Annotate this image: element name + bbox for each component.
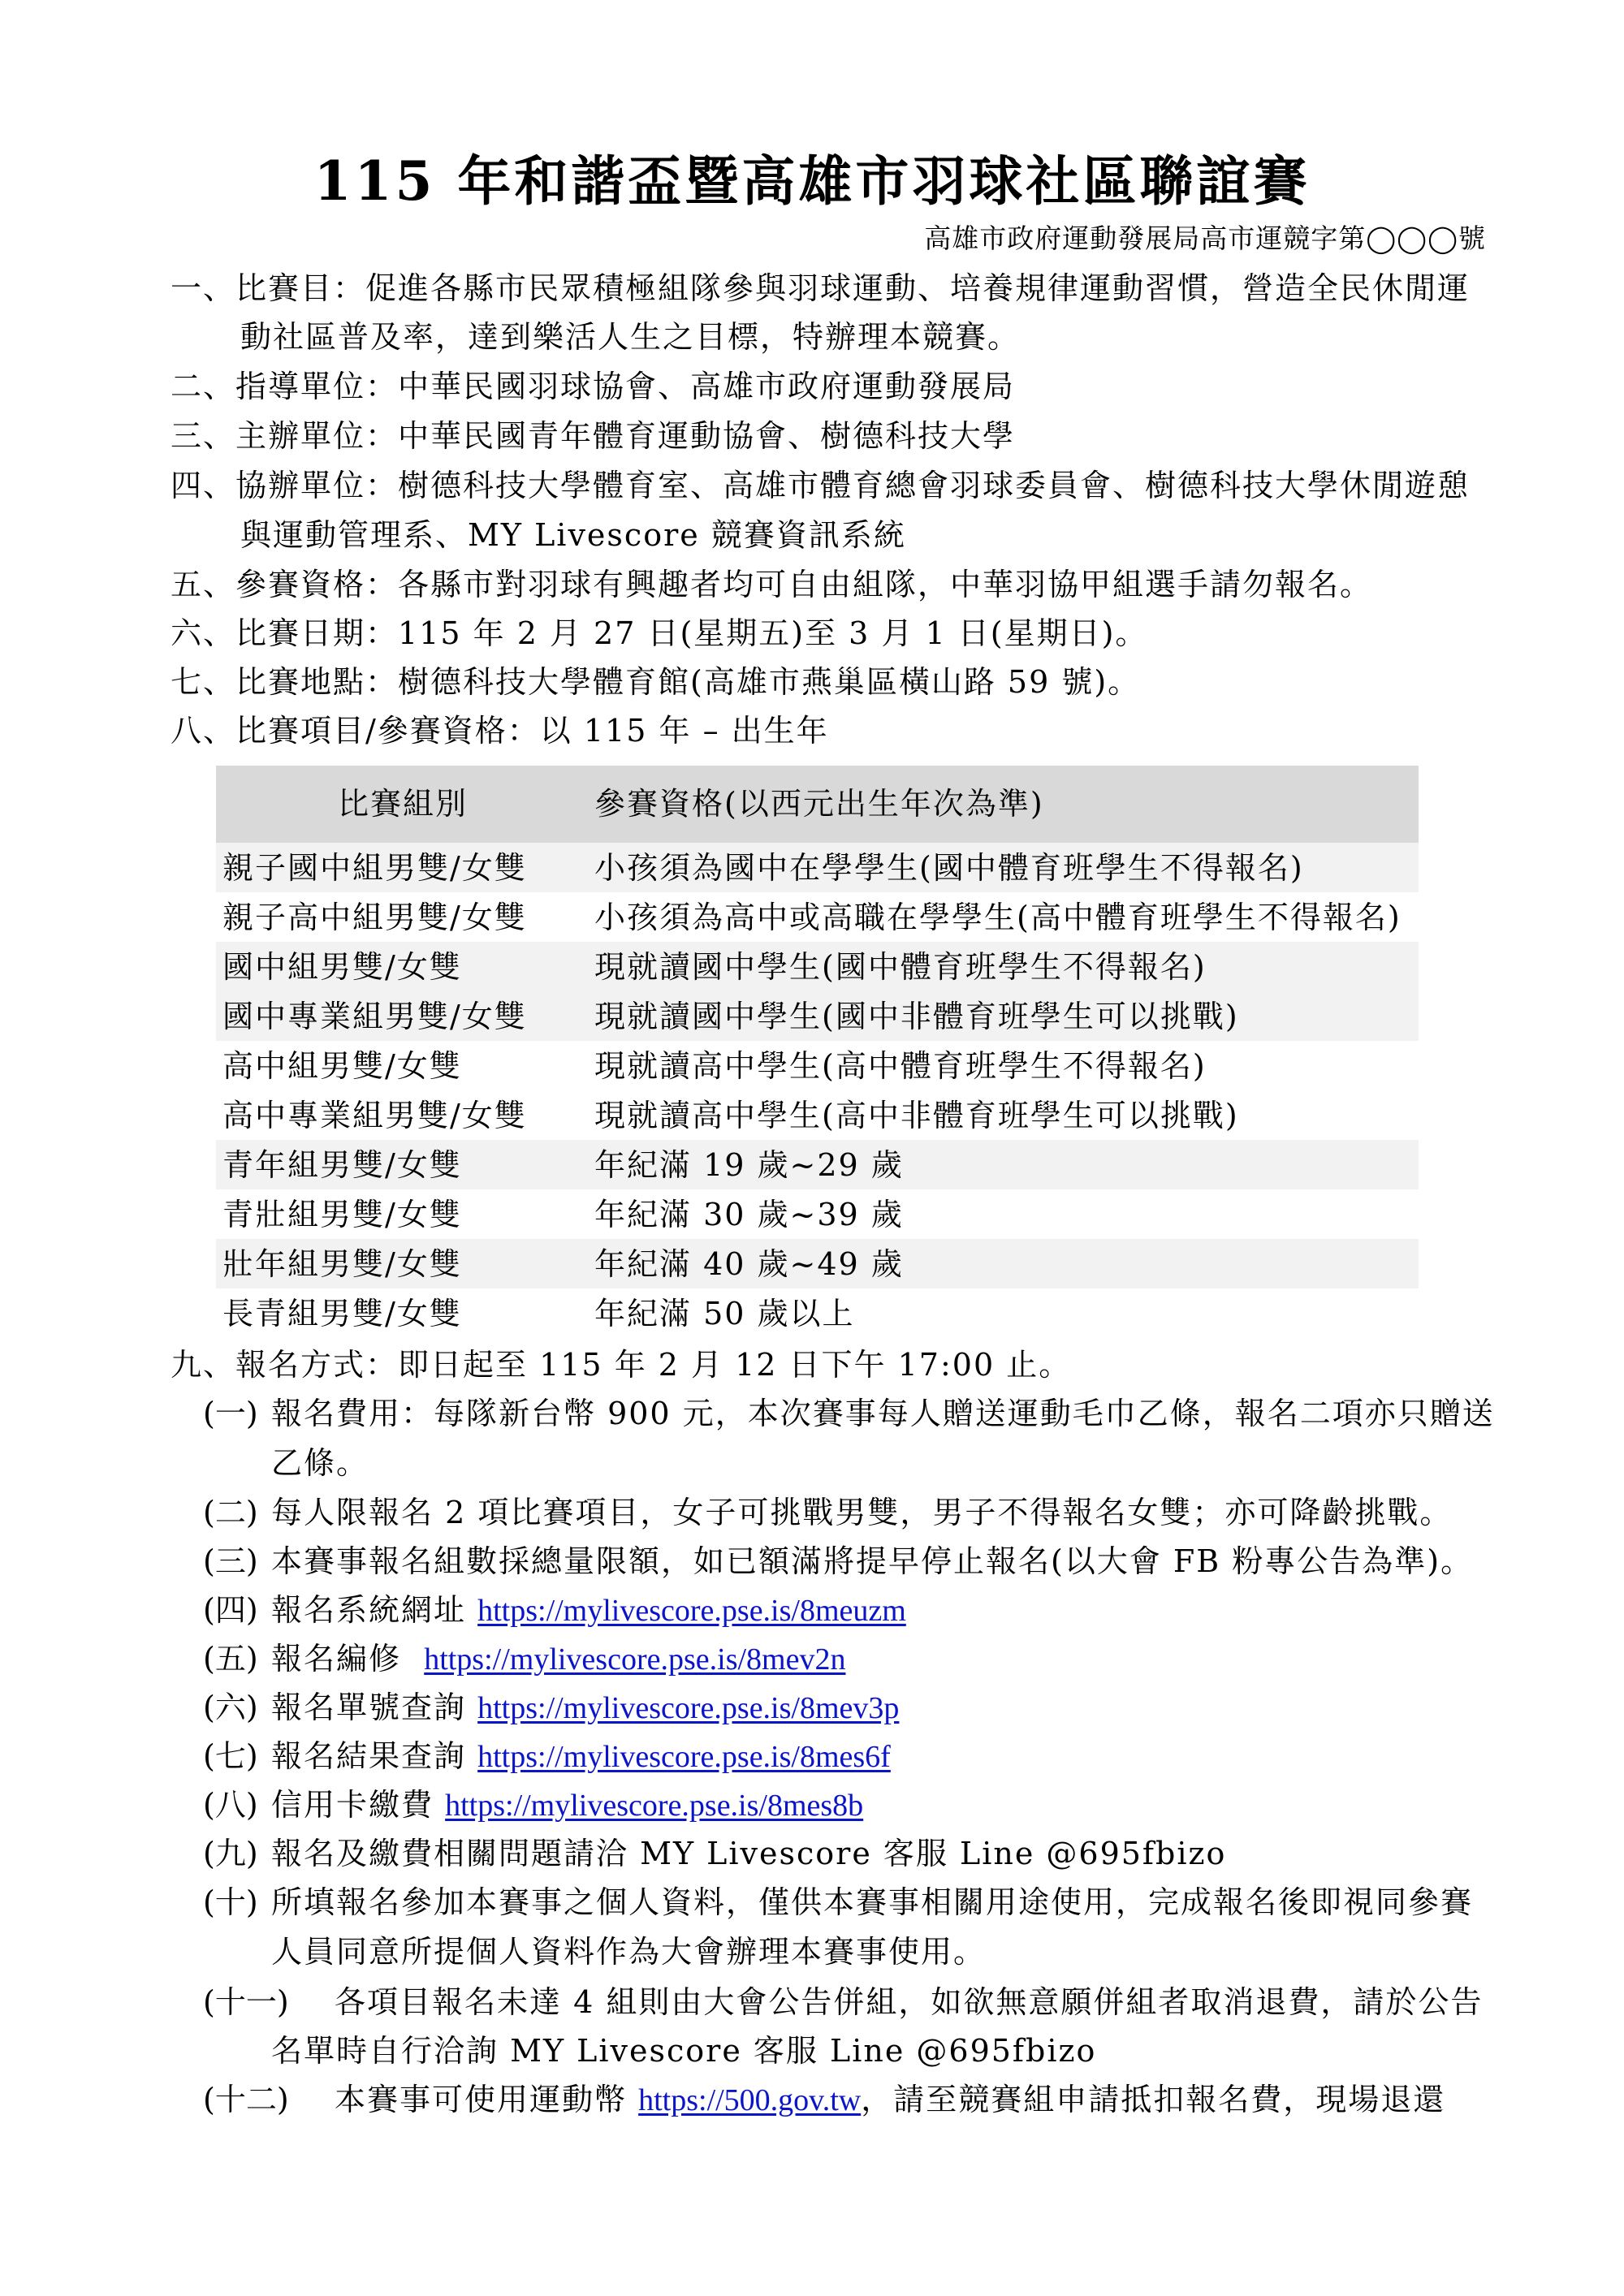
reg-item-8-text: 信用卡繳費 bbox=[271, 1787, 434, 1823]
reg-item-5-label: (五) bbox=[203, 1640, 258, 1677]
section-advisor: 二、指導單位：中華民國羽球協會、高雄市政府運動發展局 bbox=[171, 368, 1015, 405]
reg-item-6: 報名單號查詢 https://mylivescore.pse.is/8mev3p bbox=[271, 1689, 899, 1727]
header-group: 比賽組別 bbox=[338, 785, 468, 822]
reg-item-3-label: (三) bbox=[203, 1543, 258, 1580]
reg-item-4: 報名系統網址 https://mylivescore.pse.is/8meuzm bbox=[271, 1591, 906, 1629]
events-table: 比賽組別 參賽資格(以西元出生年次為準) 親子國中組男雙/女雙 小孩須為國中在學… bbox=[216, 766, 1419, 1338]
section-venue: 七、比賽地點：樹德科技大學體育館(高雄市燕巢區橫山路 59 號)。 bbox=[171, 663, 1140, 701]
document-number: 高雄市政府運動發展局高市運競字第◯◯◯號 bbox=[924, 218, 1486, 256]
reg-item-9-label: (九) bbox=[203, 1835, 258, 1872]
section-organizer: 三、主辦單位：中華民國青年體育運動協會、樹德科技大學 bbox=[171, 417, 1015, 455]
cell-eligibility: 年紀滿 30 歲~39 歲 bbox=[594, 1196, 904, 1233]
registration-system-link[interactable]: https://mylivescore.pse.is/8meuzm bbox=[477, 1594, 906, 1628]
cell-group: 壯年組男雙/女雙 bbox=[222, 1245, 462, 1283]
section-co-organizer-line1: 四、協辦單位：樹德科技大學體育室、高雄市體育總會羽球委員會、樹德科技大學休閒遊憩 bbox=[171, 467, 1470, 504]
table-row: 長青組男雙/女雙 年紀滿 50 歲以上 bbox=[216, 1288, 1419, 1338]
cell-eligibility: 現就讀高中學生(高中體育班學生不得報名) bbox=[594, 1047, 1207, 1085]
reg-item-1-text: 報名費用：每隊新台幣 900 元，本次賽事每人贈送運動毛巾乙條，報名二項亦只贈送 bbox=[271, 1395, 1495, 1432]
cell-eligibility: 年紀滿 40 歲~49 歲 bbox=[594, 1245, 904, 1283]
cell-eligibility: 現就讀國中學生(國中體育班學生不得報名) bbox=[594, 948, 1207, 986]
reg-item-6-text: 報名單號查詢 bbox=[271, 1690, 466, 1725]
reg-item-2-label: (二) bbox=[203, 1494, 258, 1531]
reg-item-9-text: 報名及繳費相關問題請洽 MY Livescore 客服 Line @695fbi… bbox=[271, 1835, 1226, 1872]
cell-group: 高中專業組男雙/女雙 bbox=[222, 1097, 527, 1134]
cell-group: 國中專業組男雙/女雙 bbox=[222, 998, 527, 1035]
document-title: 115 年和諧盃暨高雄市羽球社區聯誼賽 bbox=[0, 138, 1624, 215]
sports-coin-link[interactable]: https://500.gov.tw bbox=[638, 2083, 861, 2117]
reg-item-10-cont: 人員同意所提個人資料作為大會辦理本賽事使用。 bbox=[271, 1933, 986, 1970]
registration-number-query-link[interactable]: https://mylivescore.pse.is/8mev3p bbox=[477, 1691, 899, 1725]
cell-group: 國中組男雙/女雙 bbox=[222, 948, 462, 986]
reg-item-10-text: 所填報名參加本賽事之個人資料，僅供本賽事相關用途使用，完成報名後即視同參賽 bbox=[271, 1884, 1473, 1921]
reg-item-12: 本賽事可使用運動幣 https://500.gov.tw，請至競賽組申請抵扣報名… bbox=[335, 2081, 1445, 2119]
reg-item-5-text: 報名編修 bbox=[271, 1641, 401, 1677]
cell-eligibility: 現就讀高中學生(高中非體育班學生可以挑戰) bbox=[594, 1097, 1239, 1134]
reg-item-11-cont: 名單時自行洽詢 MY Livescore 客服 Line @695fbizo bbox=[271, 2032, 1096, 2069]
cell-eligibility: 小孩須為國中在學學生(國中體育班學生不得報名) bbox=[594, 849, 1304, 887]
section-co-organizer-line2: 與運動管理系、MY Livescore 競賽資訊系統 bbox=[240, 516, 906, 554]
table-row: 青壯組男雙/女雙 年紀滿 30 歲~39 歲 bbox=[216, 1189, 1419, 1239]
reg-item-12-text-after: ，請至競賽組申請抵扣報名費，現場退還 bbox=[861, 2082, 1445, 2117]
table-row: 國中組男雙/女雙 現就讀國中學生(國中體育班學生不得報名) bbox=[216, 942, 1419, 991]
cell-eligibility: 年紀滿 50 歲以上 bbox=[594, 1295, 855, 1332]
cell-eligibility: 小孩須為高中或高職在學學生(高中體育班學生不得報名) bbox=[594, 899, 1402, 936]
reg-item-5: 報名編修 https://mylivescore.pse.is/8mev2n bbox=[271, 1640, 845, 1678]
cell-group: 親子高中組男雙/女雙 bbox=[222, 899, 527, 936]
reg-item-7-text: 報名結果查詢 bbox=[271, 1738, 466, 1774]
cell-group: 青壯組男雙/女雙 bbox=[222, 1196, 462, 1233]
cell-group: 親子國中組男雙/女雙 bbox=[222, 849, 527, 887]
reg-item-1-label: (一) bbox=[203, 1395, 258, 1432]
section-registration-heading: 九、報名方式：即日起至 115 年 2 月 12 日下午 17:00 止。 bbox=[171, 1346, 1071, 1383]
section-dates: 六、比賽日期：115 年 2 月 27 日(星期五)至 3 月 1 日(星期日)… bbox=[171, 615, 1147, 652]
section-purpose-line1: 一、比賽目：促進各縣市民眾積極組隊參與羽球運動、培養規律運動習慣，營造全民休閒運 bbox=[171, 270, 1470, 307]
table-row: 親子高中組男雙/女雙 小孩須為高中或高職在學學生(高中體育班學生不得報名) bbox=[216, 892, 1419, 942]
cell-group: 長青組男雙/女雙 bbox=[222, 1295, 462, 1332]
section-events-heading: 八、比賽項目/參賽資格：以 115 年 – 出生年 bbox=[171, 712, 829, 749]
reg-item-7-label: (七) bbox=[203, 1737, 258, 1775]
registration-edit-link[interactable]: https://mylivescore.pse.is/8mev2n bbox=[424, 1642, 845, 1677]
section-purpose-line2: 動社區普及率，達到樂活人生之目標，特辦理本競賽。 bbox=[240, 318, 1020, 356]
cell-group: 高中組男雙/女雙 bbox=[222, 1047, 462, 1085]
reg-item-11-text: 各項目報名未達 4 組則由大會公告併組，如欲無意願併組者取消退費，請於公告 bbox=[335, 1983, 1483, 2021]
table-row: 國中專業組男雙/女雙 現就讀國中學生(國中非體育班學生可以挑戰) bbox=[216, 991, 1419, 1041]
header-eligibility: 參賽資格(以西元出生年次為準) bbox=[594, 785, 1044, 822]
reg-item-7: 報名結果查詢 https://mylivescore.pse.is/8mes6f bbox=[271, 1737, 891, 1776]
reg-item-8-label: (八) bbox=[203, 1786, 258, 1823]
table-row: 高中專業組男雙/女雙 現就讀高中學生(高中非體育班學生可以挑戰) bbox=[216, 1090, 1419, 1140]
reg-item-12-text: 本賽事可使用運動幣 bbox=[335, 2082, 627, 2117]
section-eligibility: 五、參賽資格：各縣市對羽球有興趣者均可自由組隊，中華羽協甲組選手請勿報名。 bbox=[171, 566, 1372, 603]
table-row: 親子國中組男雙/女雙 小孩須為國中在學學生(國中體育班學生不得報名) bbox=[216, 843, 1419, 892]
table-header: 比賽組別 參賽資格(以西元出生年次為準) bbox=[216, 766, 1419, 843]
reg-item-1-cont: 乙條。 bbox=[271, 1444, 369, 1482]
table-row: 壯年組男雙/女雙 年紀滿 40 歲~49 歲 bbox=[216, 1239, 1419, 1288]
registration-result-query-link[interactable]: https://mylivescore.pse.is/8mes6f bbox=[477, 1740, 891, 1774]
reg-item-4-label: (四) bbox=[203, 1591, 258, 1629]
reg-item-8: 信用卡繳費 https://mylivescore.pse.is/8mes8b bbox=[271, 1786, 863, 1824]
table-row: 青年組男雙/女雙 年紀滿 19 歲~29 歲 bbox=[216, 1140, 1419, 1189]
reg-item-3-text: 本賽事報名組數採總量限額，如已額滿將提早停止報名(以大會 FB 粉專公告為準)。 bbox=[271, 1543, 1473, 1580]
cell-eligibility: 年紀滿 19 歲~29 歲 bbox=[594, 1146, 904, 1184]
cell-eligibility: 現就讀國中學生(國中非體育班學生可以挑戰) bbox=[594, 998, 1239, 1035]
reg-item-11-label: (十一) bbox=[203, 1983, 289, 2021]
reg-item-12-label: (十二) bbox=[203, 2081, 289, 2118]
reg-item-6-label: (六) bbox=[203, 1689, 258, 1726]
cell-group: 青年組男雙/女雙 bbox=[222, 1146, 462, 1184]
credit-card-payment-link[interactable]: https://mylivescore.pse.is/8mes8b bbox=[445, 1789, 863, 1823]
reg-item-10-label: (十) bbox=[203, 1884, 258, 1921]
table-row: 高中組男雙/女雙 現就讀高中學生(高中體育班學生不得報名) bbox=[216, 1041, 1419, 1090]
reg-item-2-text: 每人限報名 2 項比賽項目，女子可挑戰男雙，男子不得報名女雙；亦可降齡挑戰。 bbox=[271, 1494, 1452, 1531]
reg-item-4-text: 報名系統網址 bbox=[271, 1592, 466, 1628]
